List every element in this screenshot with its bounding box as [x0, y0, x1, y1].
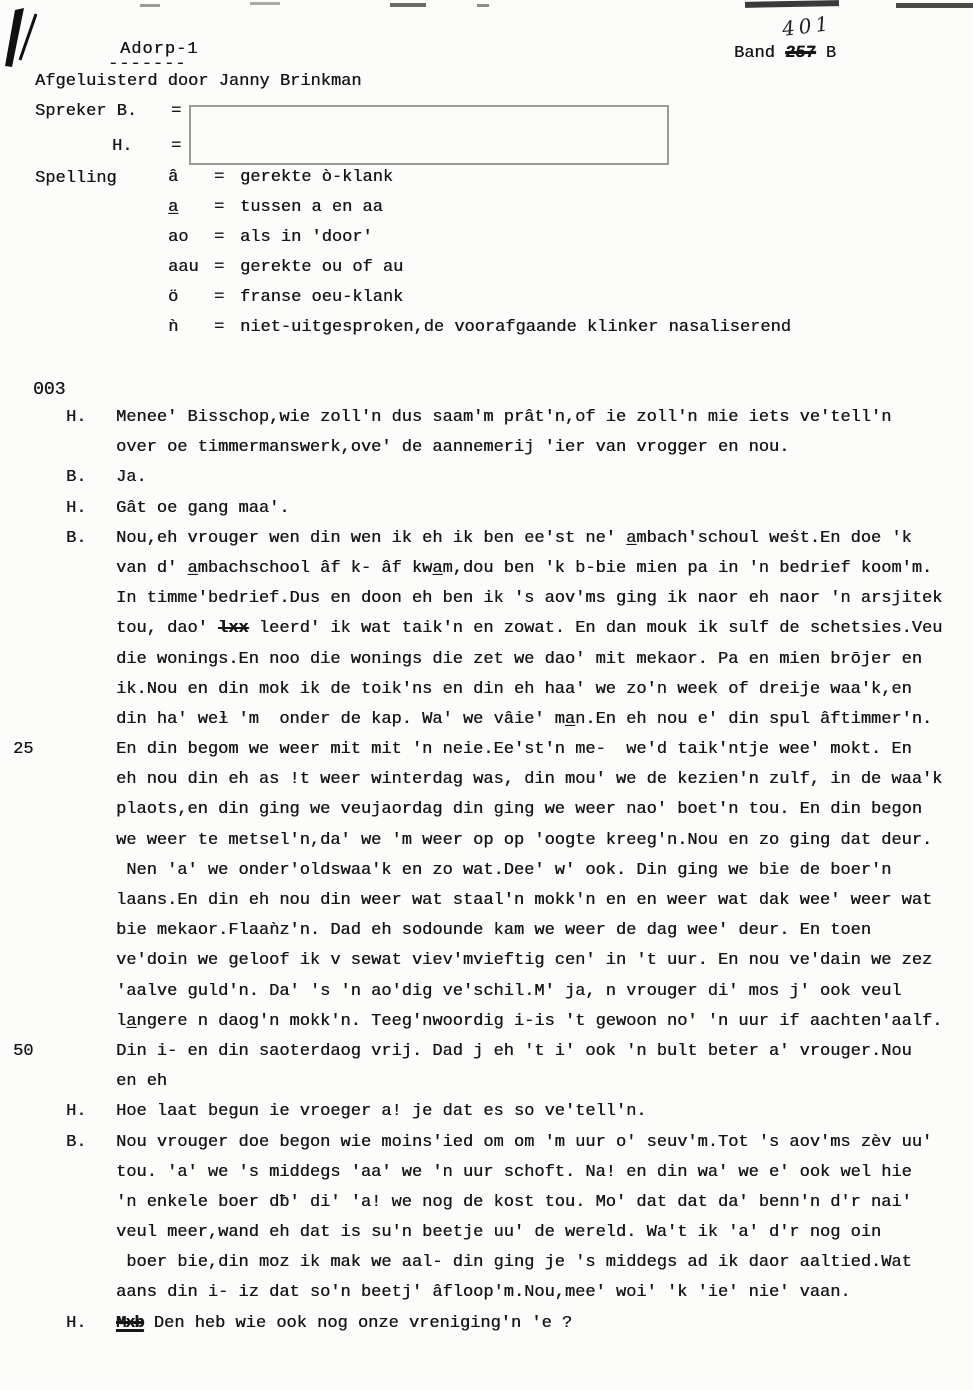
transcript-line: 'aalve guld'n. Da' 's 'n ao'dig ve'schil… [0, 977, 973, 1007]
line-number [0, 614, 66, 644]
transcript-line: aans din i- iz dat so'n beetj' âfloop'm.… [0, 1278, 973, 1308]
speaker-label [66, 584, 116, 614]
spelling-row: ǹ=niet-uitgesproken,de voorafgaande klin… [168, 313, 791, 343]
smudge [896, 3, 973, 8]
smudge [250, 2, 280, 5]
line-text: bie mekaor.Flaaǹz'n. Dad eh sodounde kam… [116, 916, 973, 946]
transcript-line: ik.Nou en din mok ik de toik'ns en din e… [0, 675, 973, 705]
obliterated-word: Mxb [116, 1314, 144, 1333]
speaker-h-label: H. [112, 137, 132, 156]
line-number: 25 [0, 735, 66, 765]
transcript-line: B.Nou vrouger doe begon wie moins'ied om… [0, 1128, 973, 1158]
speaker-label: B. [66, 1128, 116, 1158]
line-text-segment: leerd' ik wat taik'n en zowat. En dan mo… [249, 619, 943, 638]
transcript-line: van d' a̲mbachschool âf k- âf kwa̲m,dou … [0, 554, 973, 584]
line-number [0, 1218, 66, 1248]
spelling-row: ao=als in 'door' [168, 223, 791, 253]
spelling-label: Spelling [35, 169, 117, 188]
line-number [0, 1158, 66, 1188]
byline: Afgeluisterd door Janny Brinkman [35, 72, 361, 91]
line-number [0, 765, 66, 795]
scanned-document-page: Adorp-1 ------- Band 257 B 401 Afgeluist… [0, 0, 973, 1390]
spelling-symbol: a̲ [168, 193, 214, 223]
smudge [390, 3, 426, 7]
transcript-line: din ha' weƚ 'm onder de kap. Wa' we vâie… [0, 705, 973, 735]
transcript-line: en eh [0, 1067, 973, 1097]
line-number [0, 946, 66, 976]
line-text: Din i- en din saoterdaog vrij. Dad j eh … [116, 1037, 973, 1067]
struck-word: lxx [218, 619, 249, 638]
transcript-line: laans.En din eh nou din weer wat staal'n… [0, 886, 973, 916]
transcript-line: Nen 'a' we onder'oldswaa'k en zo wat.Dee… [0, 856, 973, 886]
line-number [0, 524, 66, 554]
speaker-label [66, 433, 116, 463]
spelling-symbol: aau [168, 253, 214, 283]
speaker-label [66, 1067, 116, 1097]
line-number [0, 856, 66, 886]
line-number [0, 675, 66, 705]
band-suffix: B [826, 44, 836, 63]
equals-sign: = [214, 313, 240, 343]
speaker-label [66, 916, 116, 946]
line-number [0, 1128, 66, 1158]
line-text: Nou vrouger doe begon wie moins'ied om o… [116, 1128, 973, 1158]
line-number [0, 916, 66, 946]
line-number [0, 705, 66, 735]
speaker-label [66, 1037, 116, 1067]
line-text: ve'doin we geloof ik v sewat viev'mvieft… [116, 946, 973, 976]
spelling-desc: gerekte ò-klank [240, 163, 393, 193]
line-number [0, 554, 66, 584]
line-text: din ha' weƚ 'm onder de kap. Wa' we vâie… [116, 705, 973, 735]
spelling-symbol: ao [168, 223, 214, 253]
line-text: Menee' Bisschop,wie zoll'n dus saam'm pr… [116, 403, 973, 433]
line-number [0, 433, 66, 463]
transcript: H.Menee' Bisschop,wie zoll'n dus saam'm … [0, 403, 973, 1339]
speaker-label: B. [66, 524, 116, 554]
transcript-line: H.Gât oe gang maa'. [0, 494, 973, 524]
line-text: veul meer,wand eh dat is su'n beetje uu'… [116, 1218, 973, 1248]
line-text: 'aalve guld'n. Da' 's 'n ao'dig ve'schil… [116, 977, 973, 1007]
line-number [0, 826, 66, 856]
equals-sign: = [214, 163, 240, 193]
line-text: 'n enkele boer dƀ' di' 'a! we nog de kos… [116, 1188, 973, 1218]
speaker-label: H. [66, 1309, 116, 1339]
transcript-line: bie mekaor.Flaaǹz'n. Dad eh sodounde kam… [0, 916, 973, 946]
transcript-line: 'n enkele boer dƀ' di' 'a! we nog de kos… [0, 1188, 973, 1218]
line-text: tou, dao' lxx leerd' ik wat taik'n en zo… [116, 614, 973, 644]
line-text: Gât oe gang maa'. [116, 494, 973, 524]
transcript-line: veul meer,wand eh dat is su'n beetje uu'… [0, 1218, 973, 1248]
line-number [0, 1007, 66, 1037]
line-text: Mxb Den heb wie ook nog onze vreniging'n… [116, 1309, 973, 1339]
line-number: 50 [0, 1037, 66, 1067]
line-text: En din begom we weer mit mit 'n neie.Ee'… [116, 735, 973, 765]
line-text: aans din i- iz dat so'n beetj' âfloop'm.… [116, 1278, 973, 1308]
speaker-label [66, 1248, 116, 1278]
equals-sign: = [214, 253, 240, 283]
line-number [0, 403, 66, 433]
smudge [140, 4, 160, 7]
speaker-label: B. [66, 463, 116, 493]
line-number [0, 494, 66, 524]
speaker-label [66, 1158, 116, 1188]
equals-sign: = [214, 283, 240, 313]
line-text: plaots,en din ging we veujaordag din gin… [116, 795, 973, 825]
transcript-line: B.Nou,eh vrouger wen din wen ik eh ik be… [0, 524, 973, 554]
transcript-line: H.Hoe laat begun ie vroeger a! je dat es… [0, 1097, 973, 1127]
speaker-label [66, 645, 116, 675]
handwritten-number: 401 [781, 11, 834, 41]
speaker-label [66, 826, 116, 856]
line-text: la̲ngere n daog'n mokk'n. Teeg'nwoordig … [116, 1007, 973, 1037]
line-text: over oe timmermanswerk,ove' de aannemeri… [116, 433, 973, 463]
line-text: Nen 'a' we onder'oldswaa'k en zo wat.Dee… [116, 856, 973, 886]
transcript-line: ve'doin we geloof ik v sewat viev'mvieft… [0, 946, 973, 976]
line-number [0, 1097, 66, 1127]
line-number [0, 795, 66, 825]
spelling-desc: gerekte ou of au [240, 253, 403, 283]
line-text: we weer te metsel'n,da' we 'm weer op op… [116, 826, 973, 856]
spelling-legend: â=gerekte ò-klank a̲=tussen a en aa ao=a… [168, 163, 791, 344]
spelling-desc: niet-uitgesproken,de voorafgaande klinke… [240, 313, 791, 343]
speaker-label [66, 946, 116, 976]
transcript-line: H.Mxb Den heb wie ook nog onze vreniging… [0, 1309, 973, 1339]
line-number [0, 1188, 66, 1218]
equals-sign: = [171, 137, 181, 156]
speaker-label: H. [66, 494, 116, 524]
line-number [0, 1067, 66, 1097]
transcript-line: eh nou din eh as !t weer winterdag was, … [0, 765, 973, 795]
line-number [0, 977, 66, 1007]
transcript-line: H.Menee' Bisschop,wie zoll'n dus saam'm … [0, 403, 973, 433]
speaker-label [66, 1218, 116, 1248]
smudge [477, 4, 489, 7]
spelling-symbol: â [168, 163, 214, 193]
equals-sign: = [214, 223, 240, 253]
line-number [0, 645, 66, 675]
speaker-label [66, 765, 116, 795]
line-text: en eh [116, 1067, 973, 1097]
speaker-label [66, 705, 116, 735]
line-text: eh nou din eh as !t weer winterdag was, … [116, 765, 973, 795]
speaker-b-label: Spreker B. [35, 102, 137, 121]
line-text: ik.Nou en din mok ik de toik'ns en din e… [116, 675, 973, 705]
transcript-line: la̲ngere n daog'n mokk'n. Teeg'nwoordig … [0, 1007, 973, 1037]
spelling-desc: tussen a en aa [240, 193, 383, 223]
smudge [745, 0, 839, 8]
line-number [0, 1248, 66, 1278]
line-text: boer bie,din moz ik mak we aal- din ging… [116, 1248, 973, 1278]
speaker-label: H. [66, 403, 116, 433]
spelling-row: â=gerekte ò-klank [168, 163, 791, 193]
spelling-symbol: ö [168, 283, 214, 313]
line-text: laans.En din eh nou din weer wat staal'n… [116, 886, 973, 916]
line-text: Nou,eh vrouger wen din wen ik eh ik ben … [116, 524, 973, 554]
equals-sign: = [171, 102, 181, 121]
line-text: In timme'bedrief.Dus en doon eh ben ik '… [116, 584, 973, 614]
transcript-line: In timme'bedrief.Dus en doon eh ben ik '… [0, 584, 973, 614]
line-number [0, 1278, 66, 1308]
speaker-label [66, 977, 116, 1007]
section-number: 003 [33, 380, 65, 400]
transcript-line: plaots,en din ging we veujaordag din gin… [0, 795, 973, 825]
line-text-segment: Den heb wie ook nog onze vreniging'n 'e … [144, 1314, 572, 1333]
speaker-label: H. [66, 1097, 116, 1127]
speaker-label [66, 1007, 116, 1037]
line-number [0, 886, 66, 916]
speaker-label [66, 856, 116, 886]
band-number-struck: 257 [784, 44, 817, 63]
transcript-line: 50Din i- en din saoterdaog vrij. Dad j e… [0, 1037, 973, 1067]
line-text: tou. 'a' we 's middegs 'aa' we 'n uur sc… [116, 1158, 973, 1188]
spelling-symbol: ǹ [168, 313, 214, 343]
line-text: Ja. [116, 463, 973, 493]
spelling-row: ö=franse oeu-klank [168, 283, 791, 313]
spelling-row: aau=gerekte ou of au [168, 253, 791, 283]
band-line: Band 257 B [734, 44, 836, 63]
redaction-box [189, 105, 669, 165]
line-text: Hoe laat begun ie vroeger a! je dat es s… [116, 1097, 973, 1127]
speaker-label [66, 614, 116, 644]
line-text: die wonings.En noo die wonings die zet w… [116, 645, 973, 675]
line-number [0, 463, 66, 493]
line-number [0, 584, 66, 614]
line-text: van d' a̲mbachschool âf k- âf kwa̲m,dou … [116, 554, 973, 584]
speaker-label [66, 735, 116, 765]
speaker-label [66, 1188, 116, 1218]
spelling-row: a̲=tussen a en aa [168, 193, 791, 223]
transcript-line: over oe timmermanswerk,ove' de aannemeri… [0, 433, 973, 463]
spelling-desc: franse oeu-klank [240, 283, 403, 313]
transcript-line: boer bie,din moz ik mak we aal- din ging… [0, 1248, 973, 1278]
transcript-line: tou, dao' lxx leerd' ik wat taik'n en zo… [0, 614, 973, 644]
speaker-label [66, 795, 116, 825]
line-text-segment: tou, dao' [116, 619, 218, 638]
speaker-label [66, 554, 116, 584]
line-number [0, 1309, 66, 1339]
speaker-label [66, 886, 116, 916]
equals-sign: = [214, 193, 240, 223]
transcript-line: 25En din begom we weer mit mit 'n neie.E… [0, 735, 973, 765]
pen-mark-icon [2, 6, 42, 68]
band-label: Band [734, 44, 775, 63]
transcript-line: die wonings.En noo die wonings die zet w… [0, 645, 973, 675]
speaker-label [66, 675, 116, 705]
spelling-desc: als in 'door' [240, 223, 373, 253]
speaker-label [66, 1278, 116, 1308]
transcript-line: B.Ja. [0, 463, 973, 493]
transcript-line: tou. 'a' we 's middegs 'aa' we 'n uur sc… [0, 1158, 973, 1188]
transcript-line: we weer te metsel'n,da' we 'm weer op op… [0, 826, 973, 856]
